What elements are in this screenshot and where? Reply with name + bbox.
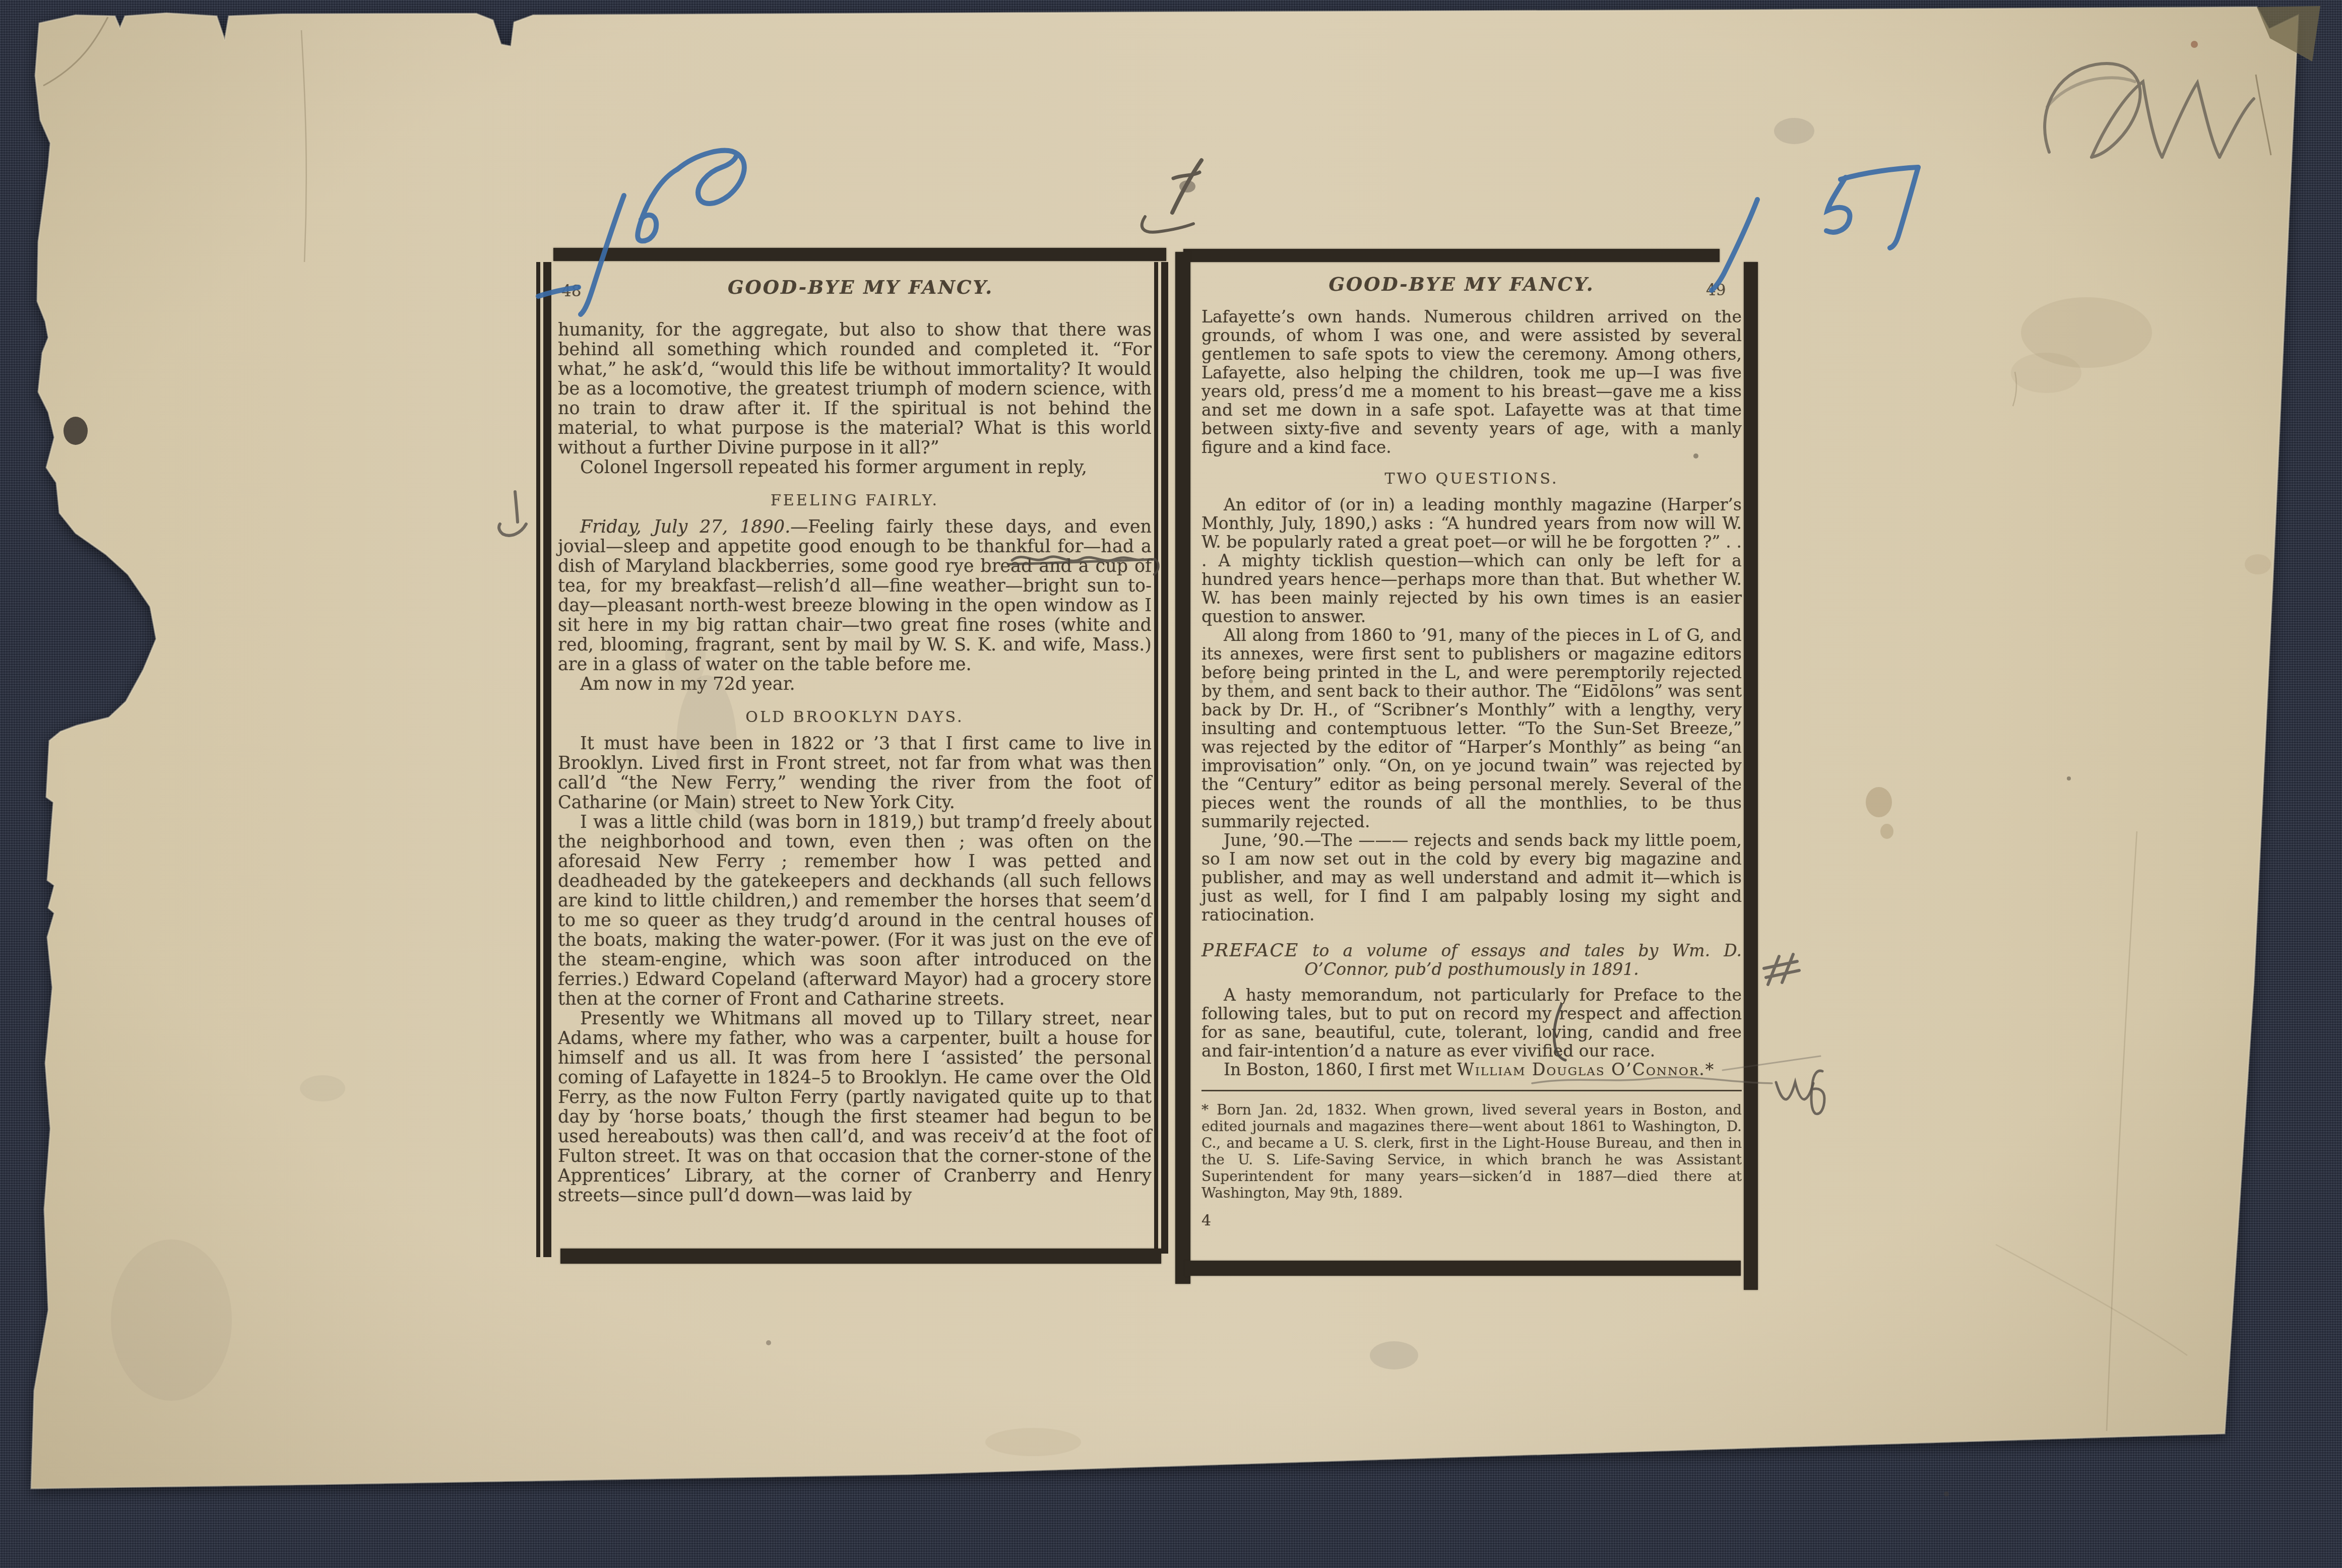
preface-lead: PREFACE xyxy=(1201,940,1299,961)
section-heading: OLD BROOKLYN DAYS. xyxy=(558,707,1152,727)
section-heading: TWO QUESTIONS. xyxy=(1201,470,1742,488)
paragraph: Friday, July 27, 1890.—Feeling fairly th… xyxy=(558,517,1152,675)
left-running-head: GOOD-BYE MY FANCY. xyxy=(554,276,1167,298)
paragraph: Colonel Ingersoll repeated his former ar… xyxy=(558,458,1152,478)
paragraph: In Boston, 1860, I first met William Dou… xyxy=(1201,1060,1742,1079)
book-scan-page: { "scan": { "background_color": "#2c3242… xyxy=(0,0,2342,1568)
paragraph: Lafayette’s own hands. Numerous children… xyxy=(1201,307,1742,456)
paragraph-text: —Feeling fairly these days, and even jov… xyxy=(558,517,1152,675)
footnote-block: * Born Jan. 2d, 1832. When grown, lived … xyxy=(1201,1090,1742,1230)
paragraph-text: In Boston, 1860, I first met xyxy=(1224,1060,1457,1079)
printed-text-layer: GOOD-BYE MY FANCY. 48 humanity, for the … xyxy=(0,0,2342,1568)
paragraph: humanity, for the aggregate, but also to… xyxy=(558,320,1152,458)
left-page-number: 48 xyxy=(561,282,581,300)
right-running-head: GOOD-BYE MY FANCY. xyxy=(1187,273,1736,295)
paragraph: I was a little child (was born in 1819,)… xyxy=(558,813,1152,1009)
preface-heading: PREFACE to a volume of essays and tales … xyxy=(1201,941,1742,978)
right-page-body: Lafayette’s own hands. Numerous children… xyxy=(1201,307,1742,1230)
paragraph: Am now in my 72d year. xyxy=(558,675,1152,694)
dateline: Friday, July 27, 1890. xyxy=(580,517,790,537)
footnote-marker: * xyxy=(1705,1060,1714,1079)
section-heading: FEELING FAIRLY. xyxy=(558,491,1152,510)
paragraph: June, ’90.—The ——— rejects and sends bac… xyxy=(1201,831,1742,924)
paragraph: A hasty memorandum, not particularly for… xyxy=(1201,986,1742,1060)
paragraph: An editor of (or in) a leading monthly m… xyxy=(1201,495,1742,626)
preface-text: to a volume of essays and tales by Wm. D… xyxy=(1299,941,1742,979)
paragraph: All along from 1860 to ’91, many of the … xyxy=(1201,626,1742,831)
paragraph: Presently we Whitmans all moved up to Ti… xyxy=(558,1009,1152,1206)
paragraph: It must have been in 1822 or ’3 that I f… xyxy=(558,734,1152,813)
signature-number: 4 xyxy=(1201,1211,1742,1230)
person-name: William Douglas O’Connor. xyxy=(1457,1060,1705,1079)
right-page-number: 49 xyxy=(1706,281,1726,299)
footnote-text: * Born Jan. 2d, 1832. When grown, lived … xyxy=(1201,1101,1742,1201)
left-page-body: humanity, for the aggregate, but also to… xyxy=(558,320,1152,1206)
